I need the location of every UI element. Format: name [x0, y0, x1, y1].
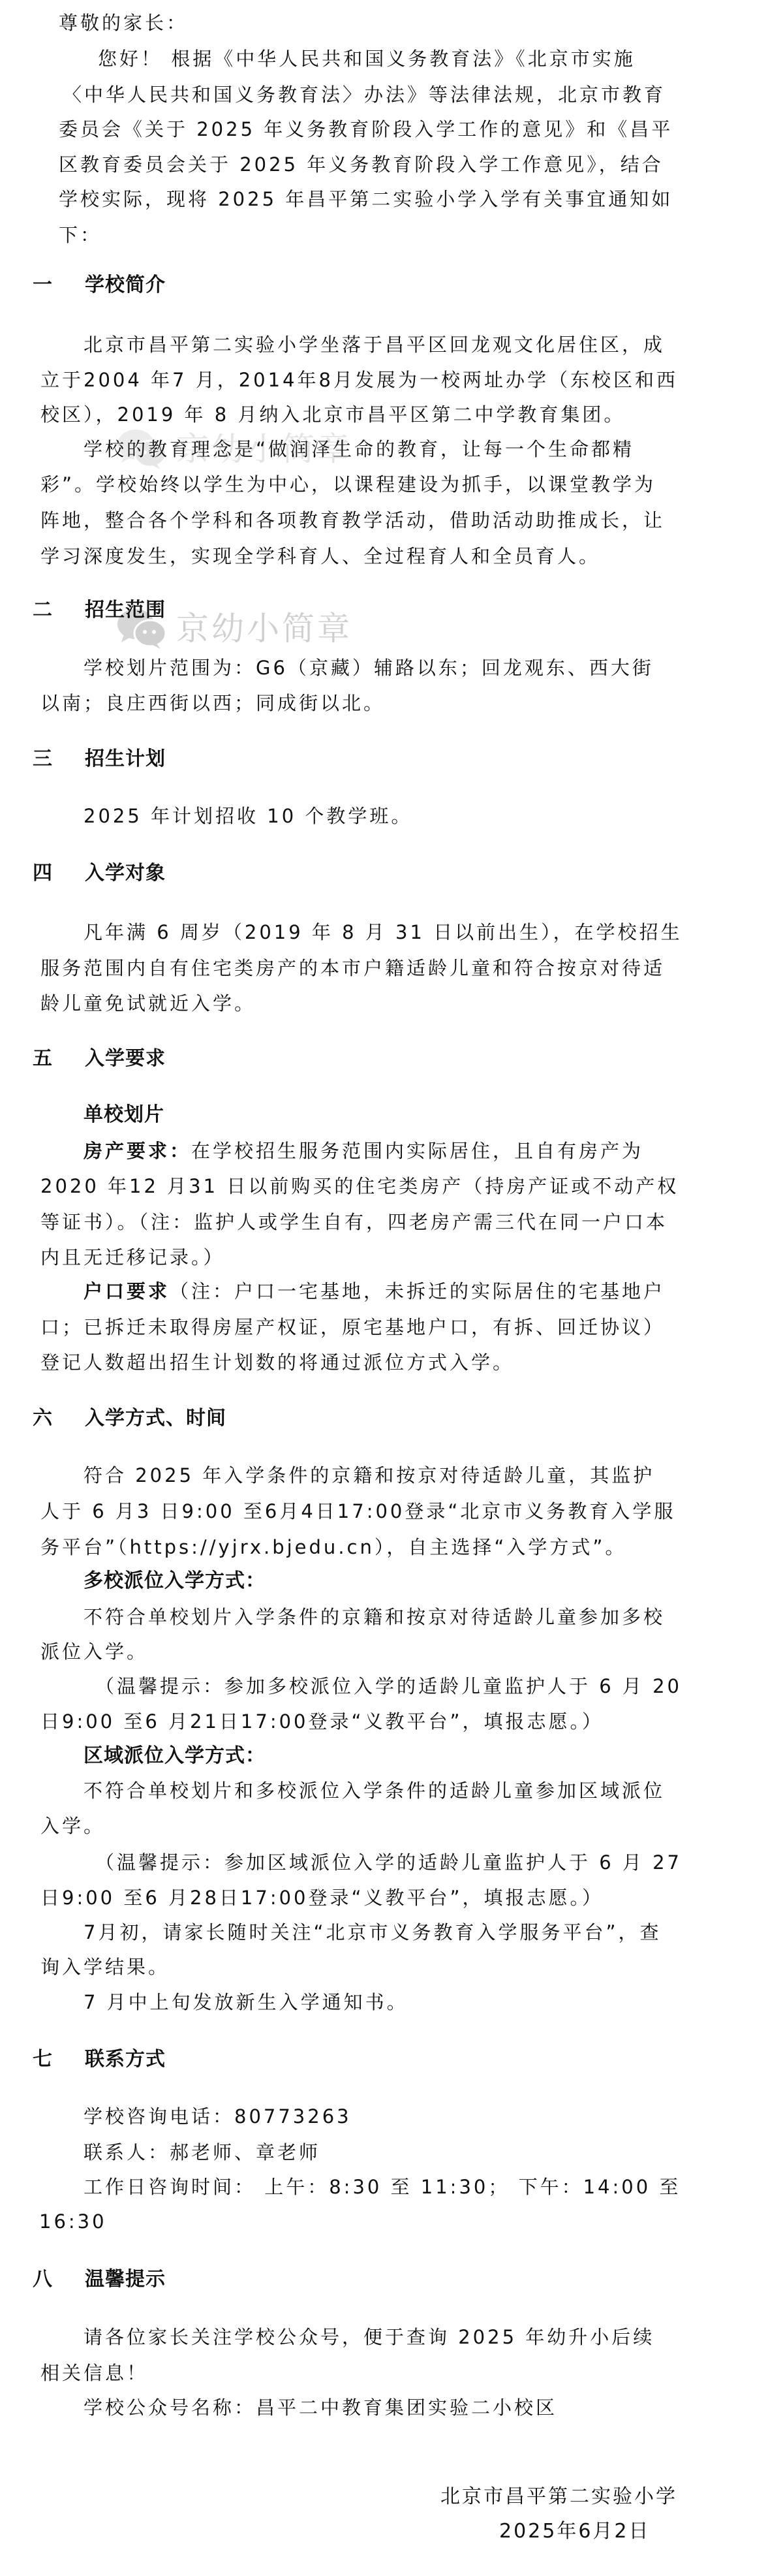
subsection-title: 多校派位入学方式：: [84, 1568, 266, 1594]
body-line: 彩”。学校始终以学生为中心，以课程建设为抓手，以课堂教学为: [40, 471, 656, 497]
section-title: 入学方式、时间: [85, 1406, 226, 1432]
greeting: 尊敬的家长：: [59, 10, 188, 36]
body-line: 阵地，整合各个学科和各项教育教学活动，借助活动助推成长，让: [40, 507, 665, 533]
section-title: 温馨提示: [85, 2267, 166, 2293]
body-line: 学习深度发生，实现全学科育人、全过程育人和全员育人。: [40, 543, 600, 569]
body-line: 入学。: [40, 1813, 105, 1839]
body-line: 口；已拆迁未取得房屋产权证，原宅基地户口，有拆、回迁协议）: [40, 1314, 665, 1340]
signature-org: 北京市昌平第二实验小学: [440, 2484, 677, 2510]
body-line: 7月初，请家长随时关注“北京市义务教育入学服务平台”，查: [84, 1919, 662, 1945]
subsection-title: 单校划片: [84, 1102, 164, 1128]
body-line: 2020 年12 月31 日以前购买的住宅类房产（持房产证或不动产权: [40, 1173, 679, 1199]
body-line: 请各位家长关注学校公众号，便于查询 2025 年幼升小后续: [84, 2324, 654, 2350]
body-line: 相关信息！: [40, 2360, 148, 2386]
section-number: 八: [33, 2267, 52, 2293]
body-line: 2025 年计划招收 10 个教学班。: [84, 803, 412, 829]
section-title: 联系方式: [85, 2047, 166, 2073]
intro-line: 区教育委员会关于 2025 年义务教育阶段入学工作意见》，结合: [59, 151, 664, 178]
body-line: 立于2004 年7 月，2014年8月发展为一校两址办学（东校区和西: [40, 367, 678, 393]
contact-person: 联系人：郝老师、章老师: [84, 2139, 320, 2165]
intro-line: 下：: [59, 222, 102, 248]
body-line: 日9:00 至6 月28日17:00登录“义教平台”，填报志愿。）: [40, 1885, 604, 1911]
body-line: 凡年满 6 周岁（2019 年 8 月 31 日以前出生），在学校招生: [84, 919, 683, 945]
section-number: 三: [33, 746, 52, 772]
section-title: 入学要求: [85, 1046, 166, 1072]
official-account-name: 学校公众号名称：昌平二中教育集团实验二小校区: [84, 2395, 557, 2421]
body-line: 以南；良庄西街以西；同成街以北。: [40, 690, 385, 716]
body-line: 学校的教育理念是“做润泽生命的教育，让每一个生命都精: [84, 436, 634, 462]
intro-line: 〈中华人民共和国义务教育法〉办法》等法律法规，北京市教育: [63, 82, 666, 108]
body-line: （温馨提示：参加多校派位入学的适龄儿童监护人于 6 月 20: [95, 1673, 682, 1699]
watermark-text: 京幼小简章: [176, 609, 352, 648]
body-line: 房产要求：在学校招生服务范围内实际居住，且自有房产为: [84, 1138, 643, 1164]
property-label: 房产要求：: [84, 1140, 191, 1162]
body-line: 学校划片范围为：G6（京藏）辅路以东；回龙观东、西大街: [84, 655, 654, 681]
signature-date: 2025年6月2日: [499, 2519, 651, 2545]
body-line: 内且无迁移记录。）: [40, 1244, 225, 1270]
section-number: 五: [33, 1046, 52, 1072]
contact-phone: 学校咨询电话：80773263: [84, 2103, 352, 2129]
body-line: 务平台”（https://yjrx.bjedu.cn），自主选择“入学方式”。: [40, 1534, 626, 1560]
body-line: 户口要求（注：户口一宅基地，未拆迁的实际居住的宅基地户: [84, 1278, 665, 1304]
section-number: 二: [33, 597, 52, 623]
body-line: 7 月中上旬发放新生入学通知书。: [84, 1989, 408, 2015]
section-number: 一: [33, 272, 52, 298]
body-line: 日9:00 至6 月21日17:00登录“义教平台”，填报志愿。）: [40, 1708, 604, 1735]
section-title: 招生计划: [85, 746, 166, 772]
intro-line: 委员会《关于 2025 年义务教育阶段入学工作的意见》和《昌平: [59, 116, 673, 142]
body-line: 派位入学。: [40, 1639, 148, 1665]
body-line: 人于 6 月3 日9:00 至6月4日17:00登录“北京市义务教育入学服: [40, 1498, 675, 1524]
intro-line: 您好！ 根据《中华人民共和国义务教育法》《北京市实施: [98, 46, 636, 72]
body-line: 登记人数超出招生计划数的将通过派位方式入学。: [40, 1349, 514, 1375]
intro-line: 学校实际，现将 2025 年昌平第二实验小学入学有关事宜通知如: [59, 186, 673, 212]
body-line: （温馨提示：参加区域派位入学的适龄儿童监护人于 6 月 27: [95, 1849, 682, 1876]
section-number: 六: [33, 1406, 52, 1432]
body-line: 等证书）。（注：监护人或学生自有，四老房产需三代在同一户口本: [40, 1209, 668, 1235]
body-line: 校区），2019 年 8 月纳入北京市昌平区第二中学教育集团。: [40, 401, 625, 428]
body-line: 不符合单校划片和多校派位入学条件的适龄儿童参加区域派位: [84, 1778, 665, 1804]
section-title: 入学对象: [85, 860, 166, 887]
section-number: 七: [33, 2047, 52, 2073]
hukou-label: 户口要求: [84, 1280, 170, 1302]
body-line: 符合 2025 年入学条件的京籍和按京对待适龄儿童，其监护: [84, 1462, 654, 1488]
hukou-text: （注：户口一宅基地，未拆迁的实际居住的宅基地户: [170, 1280, 665, 1302]
body-line: 北京市昌平第二实验小学坐落于昌平区回龙观文化居住区，成: [84, 332, 665, 358]
body-line: 询入学结果。: [40, 1954, 170, 1980]
section-title: 学校简介: [85, 272, 166, 298]
body-line: 不符合单校划片入学条件的京籍和按京对待适龄儿童参加多校: [84, 1604, 665, 1630]
contact-hours: 工作日咨询时间： 上午：8:30 至 11:30； 下午：14:00 至: [84, 2174, 681, 2200]
contact-hours-cont: 16:30: [39, 2208, 107, 2235]
body-line: 服务范围内自有住宅类房产的本市户籍适龄儿童和符合按京对待适: [40, 955, 665, 981]
section-number: 四: [33, 860, 52, 887]
subsection-title: 区域派位入学方式：: [84, 1743, 266, 1769]
body-line: 龄儿童免试就近入学。: [40, 990, 256, 1016]
section-title: 招生范围: [85, 597, 166, 623]
property-text: 在学校招生服务范围内实际居住，且自有房产为: [191, 1140, 643, 1162]
